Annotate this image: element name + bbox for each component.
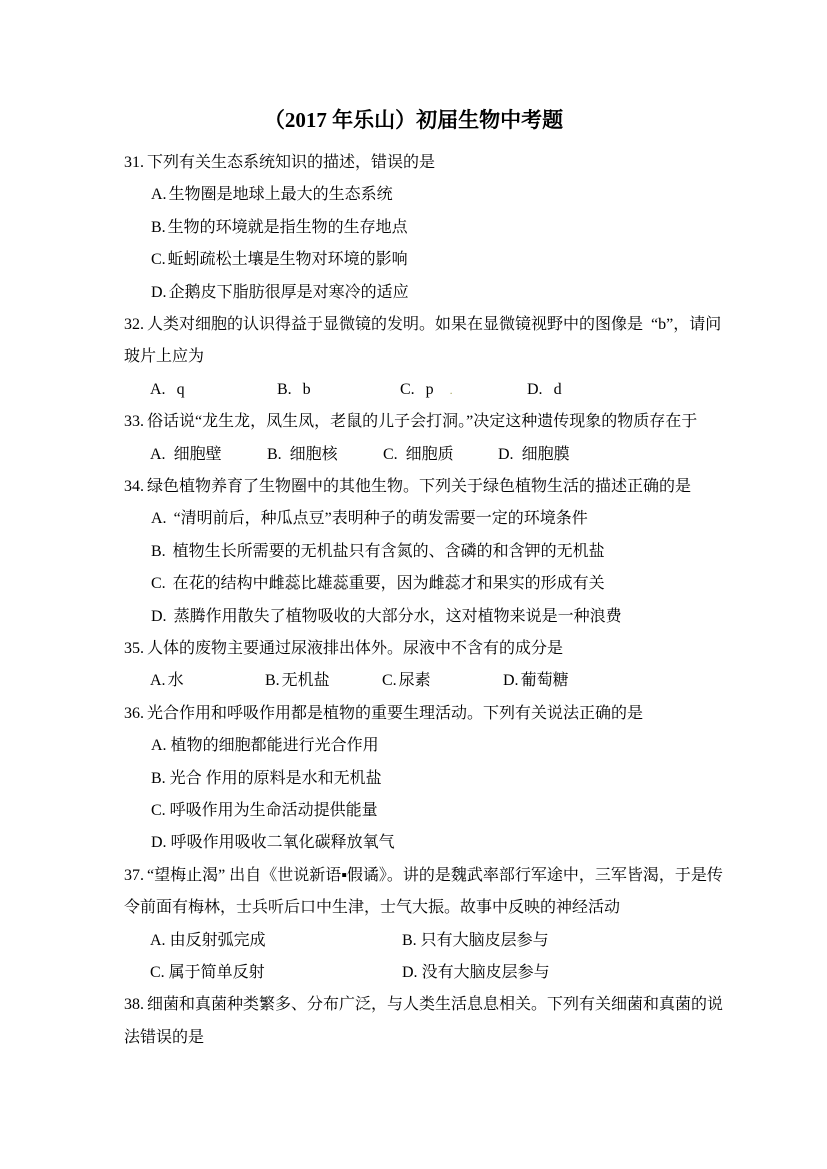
option-label: A. bbox=[151, 186, 167, 203]
option-c: C.尿素 bbox=[382, 665, 431, 697]
option-label: B. bbox=[151, 219, 166, 236]
option-text: 水 bbox=[168, 672, 184, 689]
option-label: C. bbox=[151, 251, 166, 268]
option-label: B. bbox=[265, 672, 280, 689]
option-list: A.生物圈是地球上最大的生态系统 B.生物的环境就是指生物的生存地点 C.蚯蚓疏… bbox=[124, 179, 728, 309]
option-label: B. bbox=[267, 446, 282, 463]
option-label: D. bbox=[402, 964, 418, 981]
option-text: 生物的环境就是指生物的生存地点 bbox=[168, 219, 408, 236]
option-text: 属于简单反射 bbox=[169, 964, 265, 981]
option-text: 细胞质 bbox=[406, 446, 454, 463]
option-label: B. bbox=[151, 543, 166, 560]
question-number: 31. bbox=[124, 154, 144, 171]
question-text: 绿色植物养育了生物圈中的其他生物。下列关于绿色植物生活的描述正确的是 bbox=[147, 478, 691, 495]
option-text: b bbox=[303, 381, 311, 398]
option-label: B. bbox=[402, 932, 417, 949]
question-number: 35. bbox=[124, 640, 144, 657]
question-number: 33. bbox=[124, 413, 144, 430]
option-c: C.呼吸作用为生命活动提供能量 bbox=[124, 795, 728, 827]
option-text: 在花的结构中雌蕊比雄蕊重要，因为雌蕊才和果实的形成有关 bbox=[173, 575, 605, 592]
option-a: A.由反射弧完成 bbox=[150, 925, 266, 957]
option-b: B.无机盐 bbox=[265, 665, 330, 697]
option-label: C. bbox=[400, 381, 415, 398]
option-c: C.蚯蚓疏松土壤是生物对环境的影响 bbox=[124, 244, 728, 276]
option-row: C.属于简单反射 D.没有大脑皮层参与 bbox=[124, 957, 728, 989]
option-a: A.生物圈是地球上最大的生态系统 bbox=[124, 179, 728, 211]
option-list: A.“清明前后，种瓜点豆”表明种子的萌发需要一定的环境条件 B.植物生长所需要的… bbox=[124, 503, 728, 633]
question-text: 人体的废物主要通过尿液排出体外。尿液中不含有的成分是 bbox=[147, 640, 563, 657]
question-text: 俗话说“龙生龙，凤生凤，老鼠的儿子会打洞。”决定这种遗传现象的物质存在于 bbox=[147, 413, 697, 430]
option-c: C.细胞质 bbox=[383, 439, 454, 471]
option-text: 呼吸作用为生命活动提供能量 bbox=[170, 802, 378, 819]
option-text: 尿素 bbox=[399, 672, 431, 689]
question-34: 34.绿色植物养育了生物圈中的其他生物。下列关于绿色植物生活的描述正确的是 A.… bbox=[124, 471, 728, 633]
question-number: 32. bbox=[124, 316, 144, 333]
option-text: 葡萄糖 bbox=[521, 672, 569, 689]
option-label: C. bbox=[382, 672, 397, 689]
question-31: 31.下列有关生态系统知识的描述，错误的是 A.生物圈是地球上最大的生态系统 B… bbox=[124, 147, 728, 309]
question-stem: 37.“望梅止渴” 出自《世说新语▪假谲》。讲的是魏武率部行军途中，三军皆渴，于… bbox=[124, 860, 728, 925]
option-a: A.植物的细胞都能进行光合作用 bbox=[124, 730, 728, 762]
option-row: A.细胞壁 B.细胞核 C.细胞质 D.细胞膜 bbox=[124, 439, 728, 471]
option-d: D.细胞膜 bbox=[498, 439, 570, 471]
question-text: 光合作用和呼吸作用都是植物的重要生理活动。下列有关说法正确的是 bbox=[147, 705, 643, 722]
question-number: 37. bbox=[124, 867, 144, 884]
option-a: A.“清明前后，种瓜点豆”表明种子的萌发需要一定的环境条件 bbox=[124, 503, 728, 535]
option-text: 没有大脑皮层参与 bbox=[422, 964, 550, 981]
option-label: A. bbox=[150, 381, 166, 398]
option-c: C.在花的结构中雌蕊比雄蕊重要，因为雌蕊才和果实的形成有关 bbox=[124, 568, 728, 600]
option-text: 光合 作用的原料是水和无机盐 bbox=[170, 770, 382, 787]
question-text: 细菌和真菌种类繁多、分布广泛，与人类生活息息相关。下列有关细菌和真菌的说法错误的… bbox=[124, 996, 723, 1045]
option-text: 细胞核 bbox=[290, 446, 338, 463]
option-d: D.没有大脑皮层参与 bbox=[402, 957, 550, 989]
question-stem: 36.光合作用和呼吸作用都是植物的重要生理活动。下列有关说法正确的是 bbox=[124, 698, 728, 730]
option-a: A.细胞壁 bbox=[150, 439, 222, 471]
question-35: 35.人体的废物主要通过尿液排出体外。尿液中不含有的成分是 A.水 B.无机盐 … bbox=[124, 633, 728, 698]
option-text: 蚯蚓疏松土壤是生物对环境的影响 bbox=[168, 251, 408, 268]
option-d: D.企鹅皮下脂肪很厚是对寒冷的适应 bbox=[124, 277, 728, 309]
option-row: A.q B.b C.p. D.d bbox=[124, 374, 728, 406]
option-c: C.属于简单反射 bbox=[150, 957, 265, 989]
option-label: D. bbox=[527, 381, 543, 398]
question-stem: 35.人体的废物主要通过尿液排出体外。尿液中不含有的成分是 bbox=[124, 633, 728, 665]
question-33: 33.俗话说“龙生龙，凤生凤，老鼠的儿子会打洞。”决定这种遗传现象的物质存在于 … bbox=[124, 406, 728, 471]
option-label: D. bbox=[151, 834, 167, 851]
option-a: A.水 bbox=[150, 665, 184, 697]
option-text: 细胞膜 bbox=[522, 446, 570, 463]
exam-body: 31.下列有关生态系统知识的描述，错误的是 A.生物圈是地球上最大的生态系统 B… bbox=[124, 147, 728, 1054]
question-stem: 38.细菌和真菌种类繁多、分布广泛，与人类生活息息相关。下列有关细菌和真菌的说法… bbox=[124, 989, 728, 1054]
option-text: 植物的细胞都能进行光合作用 bbox=[171, 737, 379, 754]
option-d: D.蒸腾作用散失了植物吸收的大部分水，这对植物来说是一种浪费 bbox=[124, 601, 728, 633]
option-a: A.q bbox=[150, 374, 185, 406]
option-b: B.细胞核 bbox=[267, 439, 338, 471]
option-label: D. bbox=[498, 446, 514, 463]
option-label: B. bbox=[277, 381, 292, 398]
exam-page: （2017 年乐山）初届生物中考题 31.下列有关生态系统知识的描述，错误的是 … bbox=[0, 0, 827, 1169]
option-b: B.只有大脑皮层参与 bbox=[402, 925, 549, 957]
question-number: 38. bbox=[124, 996, 144, 1013]
option-label: A. bbox=[150, 672, 166, 689]
question-number: 36. bbox=[124, 705, 144, 722]
page-title: （2017 年乐山）初届生物中考题 bbox=[0, 104, 827, 134]
option-text: 只有大脑皮层参与 bbox=[421, 932, 549, 949]
option-b: B.b bbox=[277, 374, 311, 406]
option-row: A.由反射弧完成 B.只有大脑皮层参与 bbox=[124, 925, 728, 957]
question-number: 34. bbox=[124, 478, 144, 495]
question-32: 32.人类对细胞的认识得益于显微镜的发明。如果在显微镜视野中的图像是 “b”，请… bbox=[124, 309, 728, 406]
option-b: B.生物的环境就是指生物的生存地点 bbox=[124, 212, 728, 244]
option-b: B.植物生长所需要的无机盐只有含氮的、含磷的和含钾的无机盐 bbox=[124, 536, 728, 568]
option-c: C.p. bbox=[400, 374, 453, 406]
question-stem: 33.俗话说“龙生龙，凤生凤，老鼠的儿子会打洞。”决定这种遗传现象的物质存在于 bbox=[124, 406, 728, 438]
option-text: d bbox=[554, 381, 562, 398]
option-row: A.水 B.无机盐 C.尿素 D.葡萄糖 bbox=[124, 665, 728, 697]
question-stem: 34.绿色植物养育了生物圈中的其他生物。下列关于绿色植物生活的描述正确的是 bbox=[124, 471, 728, 503]
option-b: B.光合 作用的原料是水和无机盐 bbox=[124, 763, 728, 795]
option-text: 企鹅皮下脂肪很厚是对寒冷的适应 bbox=[169, 284, 409, 301]
option-d: D.葡萄糖 bbox=[503, 665, 569, 697]
question-text: 人类对细胞的认识得益于显微镜的发明。如果在显微镜视野中的图像是 “b”，请问玻片… bbox=[124, 316, 721, 365]
question-38: 38.细菌和真菌种类繁多、分布广泛，与人类生活息息相关。下列有关细菌和真菌的说法… bbox=[124, 989, 728, 1054]
option-list: A.植物的细胞都能进行光合作用 B.光合 作用的原料是水和无机盐 C.呼吸作用为… bbox=[124, 730, 728, 860]
option-label: A. bbox=[151, 737, 167, 754]
option-text: 由反射弧完成 bbox=[170, 932, 266, 949]
stray-mark: . bbox=[450, 383, 453, 397]
option-label: C. bbox=[150, 964, 165, 981]
option-label: D. bbox=[503, 672, 519, 689]
option-label: C. bbox=[151, 802, 166, 819]
option-text: 植物生长所需要的无机盐只有含氮的、含磷的和含钾的无机盐 bbox=[173, 543, 605, 560]
question-text: 下列有关生态系统知识的描述，错误的是 bbox=[147, 154, 435, 171]
question-37: 37.“望梅止渴” 出自《世说新语▪假谲》。讲的是魏武率部行军途中，三军皆渴，于… bbox=[124, 860, 728, 990]
option-label: A. bbox=[150, 932, 166, 949]
option-text: p bbox=[426, 381, 434, 398]
option-text: 呼吸作用吸收二氧化碳释放氧气 bbox=[171, 834, 395, 851]
option-label: A. bbox=[151, 510, 167, 527]
option-text: 细胞壁 bbox=[174, 446, 222, 463]
option-text: q bbox=[177, 381, 185, 398]
question-36: 36.光合作用和呼吸作用都是植物的重要生理活动。下列有关说法正确的是 A.植物的… bbox=[124, 698, 728, 860]
option-text: 无机盐 bbox=[282, 672, 330, 689]
question-text: “望梅止渴” 出自《世说新语▪假谲》。讲的是魏武率部行军途中，三军皆渴，于是传令… bbox=[124, 867, 723, 916]
option-label: A. bbox=[150, 446, 166, 463]
option-text: 蒸腾作用散失了植物吸收的大部分水，这对植物来说是一种浪费 bbox=[174, 608, 622, 625]
option-label: C. bbox=[383, 446, 398, 463]
option-text: 生物圈是地球上最大的生态系统 bbox=[169, 186, 393, 203]
option-d: D.呼吸作用吸收二氧化碳释放氧气 bbox=[124, 827, 728, 859]
option-label: C. bbox=[151, 575, 166, 592]
option-d: D.d bbox=[527, 374, 562, 406]
question-stem: 32.人类对细胞的认识得益于显微镜的发明。如果在显微镜视野中的图像是 “b”，请… bbox=[124, 309, 728, 374]
question-stem: 31.下列有关生态系统知识的描述，错误的是 bbox=[124, 147, 728, 179]
option-label: D. bbox=[151, 608, 167, 625]
option-label: D. bbox=[151, 284, 167, 301]
option-text: “清明前后，种瓜点豆”表明种子的萌发需要一定的环境条件 bbox=[174, 510, 588, 527]
option-label: B. bbox=[151, 770, 166, 787]
